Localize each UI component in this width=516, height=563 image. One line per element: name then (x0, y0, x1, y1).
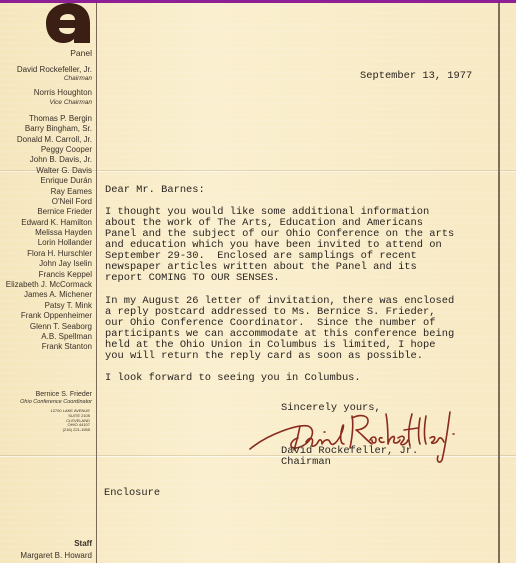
closing-paragraph: I look forward to seeing you in Columbus… (105, 373, 361, 384)
staff-member: Margaret B. Howard (0, 550, 92, 562)
conference-coordinator: Bernice S. Frieder Ohio Conference Coord… (0, 391, 92, 433)
letter-date: September 13, 1977 (360, 71, 472, 82)
body-paragraph-1: I thought you would like some additional… (105, 207, 454, 284)
staff-section: Staff Margaret B. Howard (0, 538, 92, 562)
panel-member: Patsy T. Mink (0, 301, 92, 311)
staff-heading: Staff (0, 538, 92, 550)
panel-member: Frank Oppenheimer (0, 311, 92, 321)
panel-member: O'Neil Ford (0, 197, 92, 207)
salutation: Dear Mr. Barnes: (105, 185, 205, 196)
panel-member: John B. Davis, Jr. (0, 155, 92, 165)
panel-member: Peggy Cooper (0, 145, 92, 155)
letterhead-logo-a-icon (44, 3, 92, 43)
panel-heading: Panel (0, 48, 92, 59)
officer-name: David Rockefeller, Jr. (0, 65, 92, 76)
panel-members-list: Thomas P. BerginBarry Bingham, Sr.Donald… (0, 114, 92, 353)
officer-role: Vice Chairman (0, 99, 92, 107)
paragraph-line: report COMING TO OUR SENSES. (105, 273, 454, 284)
panel-member: Lorin Hollander (0, 238, 92, 248)
margin-rule (498, 3, 500, 563)
panel-member: Melissa Hayden (0, 228, 92, 238)
panel-member: John Jay Iselin (0, 259, 92, 269)
body-paragraph-2: In my August 26 letter of invitation, th… (105, 296, 454, 362)
paragraph-line: you will return the reply card as soon a… (105, 351, 454, 362)
panel-member: Ray Eames (0, 187, 92, 197)
officer-role: Chairman (0, 75, 92, 83)
coordinator-role: Ohio Conference Coordinator (0, 399, 92, 406)
officer-vice-chairman: Norris Houghton Vice Chairman (0, 88, 92, 107)
coordinator-name: Bernice S. Frieder (0, 391, 92, 399)
panel-roster: Panel David Rockefeller, Jr. Chairman No… (0, 48, 92, 353)
signer-title: Chairman (281, 457, 331, 468)
panel-member: Thomas P. Bergin (0, 114, 92, 124)
panel-member: Edward K. Hamilton (0, 218, 92, 228)
panel-member: Barry Bingham, Sr. (0, 124, 92, 134)
panel-member: Flora H. Hurschler (0, 249, 92, 259)
panel-member: A.B. Spellman (0, 332, 92, 342)
panel-member: Donald M. Carroll, Jr. (0, 135, 92, 145)
coordinator-address: 12700 LAKE AVENUESUITE 2105CLEVELANDOHIO… (0, 409, 92, 433)
officer-chairman: David Rockefeller, Jr. Chairman (0, 65, 92, 84)
panel-member: Enrique Durán (0, 176, 92, 186)
panel-member: Bernice Frieder (0, 207, 92, 217)
panel-member: Frank Stanton (0, 342, 92, 352)
panel-member: Glenn T. Seaborg (0, 322, 92, 332)
address-line: (216) 221-1555 (0, 428, 90, 433)
panel-member: Walter G. Davis (0, 166, 92, 176)
officer-name: Norris Houghton (0, 88, 92, 99)
panel-member: Francis Keppel (0, 270, 92, 280)
panel-member: James A. Michener (0, 290, 92, 300)
panel-member: Elizabeth J. McCormack (0, 280, 92, 290)
letterhead-divider (96, 3, 97, 563)
enclosure-note: Enclosure (104, 488, 160, 499)
